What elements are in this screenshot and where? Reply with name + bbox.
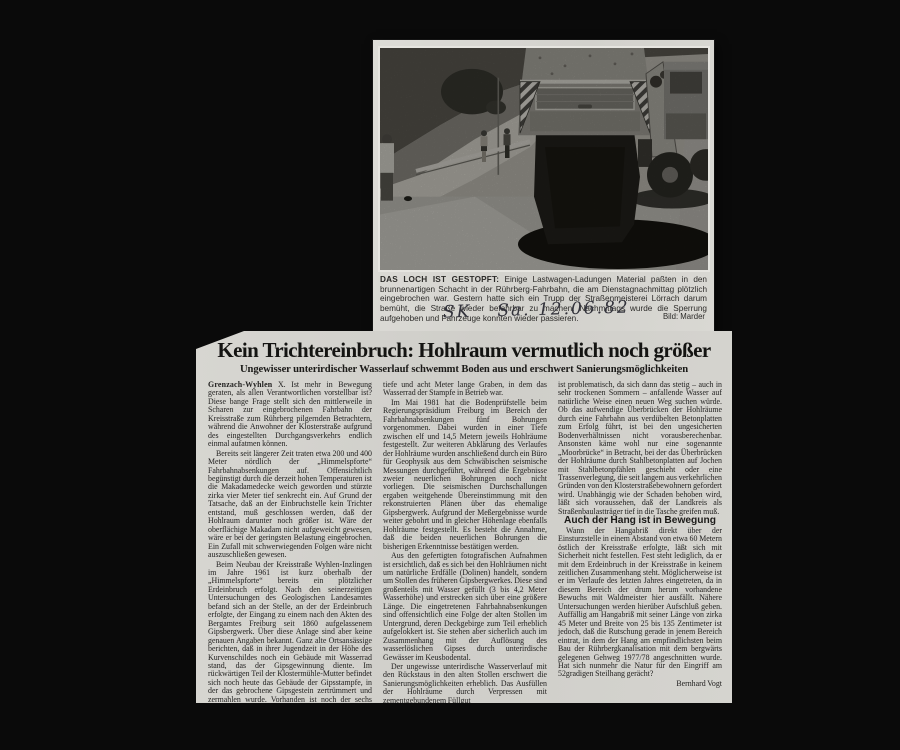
photo-credit: Bild: Marder — [663, 312, 705, 321]
article-clipping: Kein Trichtereinbruch: Hohlraum vermutli… — [196, 331, 732, 703]
column-1: Grenzach-Wyhlen X. Ist mehr in Bewegung … — [208, 381, 372, 713]
column-2: tiefe und acht Meter lange Graben, in de… — [383, 381, 547, 713]
paragraph: Bereits seit längerer Zeit traten etwa 2… — [208, 450, 372, 560]
news-photo — [378, 46, 710, 272]
paragraph: Aus den gefertigten fotografischen Aufna… — [383, 552, 547, 662]
paragraph: Beim Neubau der Kreisstraße Wyhlen-Inzli… — [208, 561, 372, 713]
handwritten-initials: SK — [443, 302, 472, 323]
article-columns: Grenzach-Wyhlen X. Ist mehr in Bewegung … — [196, 380, 732, 713]
byline: Bernhard Vogt — [558, 680, 722, 688]
section-subhead: Auch der Hang ist in Bewegung — [558, 517, 722, 525]
halftone-grain — [380, 48, 708, 270]
headline: Kein Trichtereinbruch: Hohlraum vermutli… — [200, 338, 728, 363]
paragraph: tiefe und acht Meter lange Graben, in de… — [383, 381, 547, 398]
handwritten-date: Sa. 12.06.82 — [497, 298, 630, 321]
paragraph: Der ungewisse unterirdische Wasserverlau… — [383, 663, 547, 705]
paragraph: Wann der Hangabriß direkt über der Einst… — [558, 527, 722, 679]
photo-clipping: DAS LOCH IST GESTOPFT: Einige Lastwagen-… — [373, 40, 714, 332]
paragraph: Im Mai 1981 hat die Bodenprüfstelle beim… — [383, 399, 547, 551]
paragraph: ist problematisch, da sich dann das stet… — [558, 381, 722, 516]
caption-lead: DAS LOCH IST GESTOPFT: — [380, 275, 499, 284]
paragraph: Grenzach-Wyhlen X. Ist mehr in Bewegung … — [208, 381, 372, 449]
subheadline: Ungewisser unterirdischer Wasserlauf sch… — [200, 364, 728, 375]
dump-truck-sinkhole-illustration — [380, 48, 708, 270]
scanned-newspaper-page: DAS LOCH IST GESTOPFT: Einige Lastwagen-… — [0, 0, 900, 750]
paragraph-text: X. Ist mehr in Bewegung geraten, als all… — [208, 380, 372, 448]
column-3: ist problematisch, da sich dann das stet… — [558, 381, 722, 713]
